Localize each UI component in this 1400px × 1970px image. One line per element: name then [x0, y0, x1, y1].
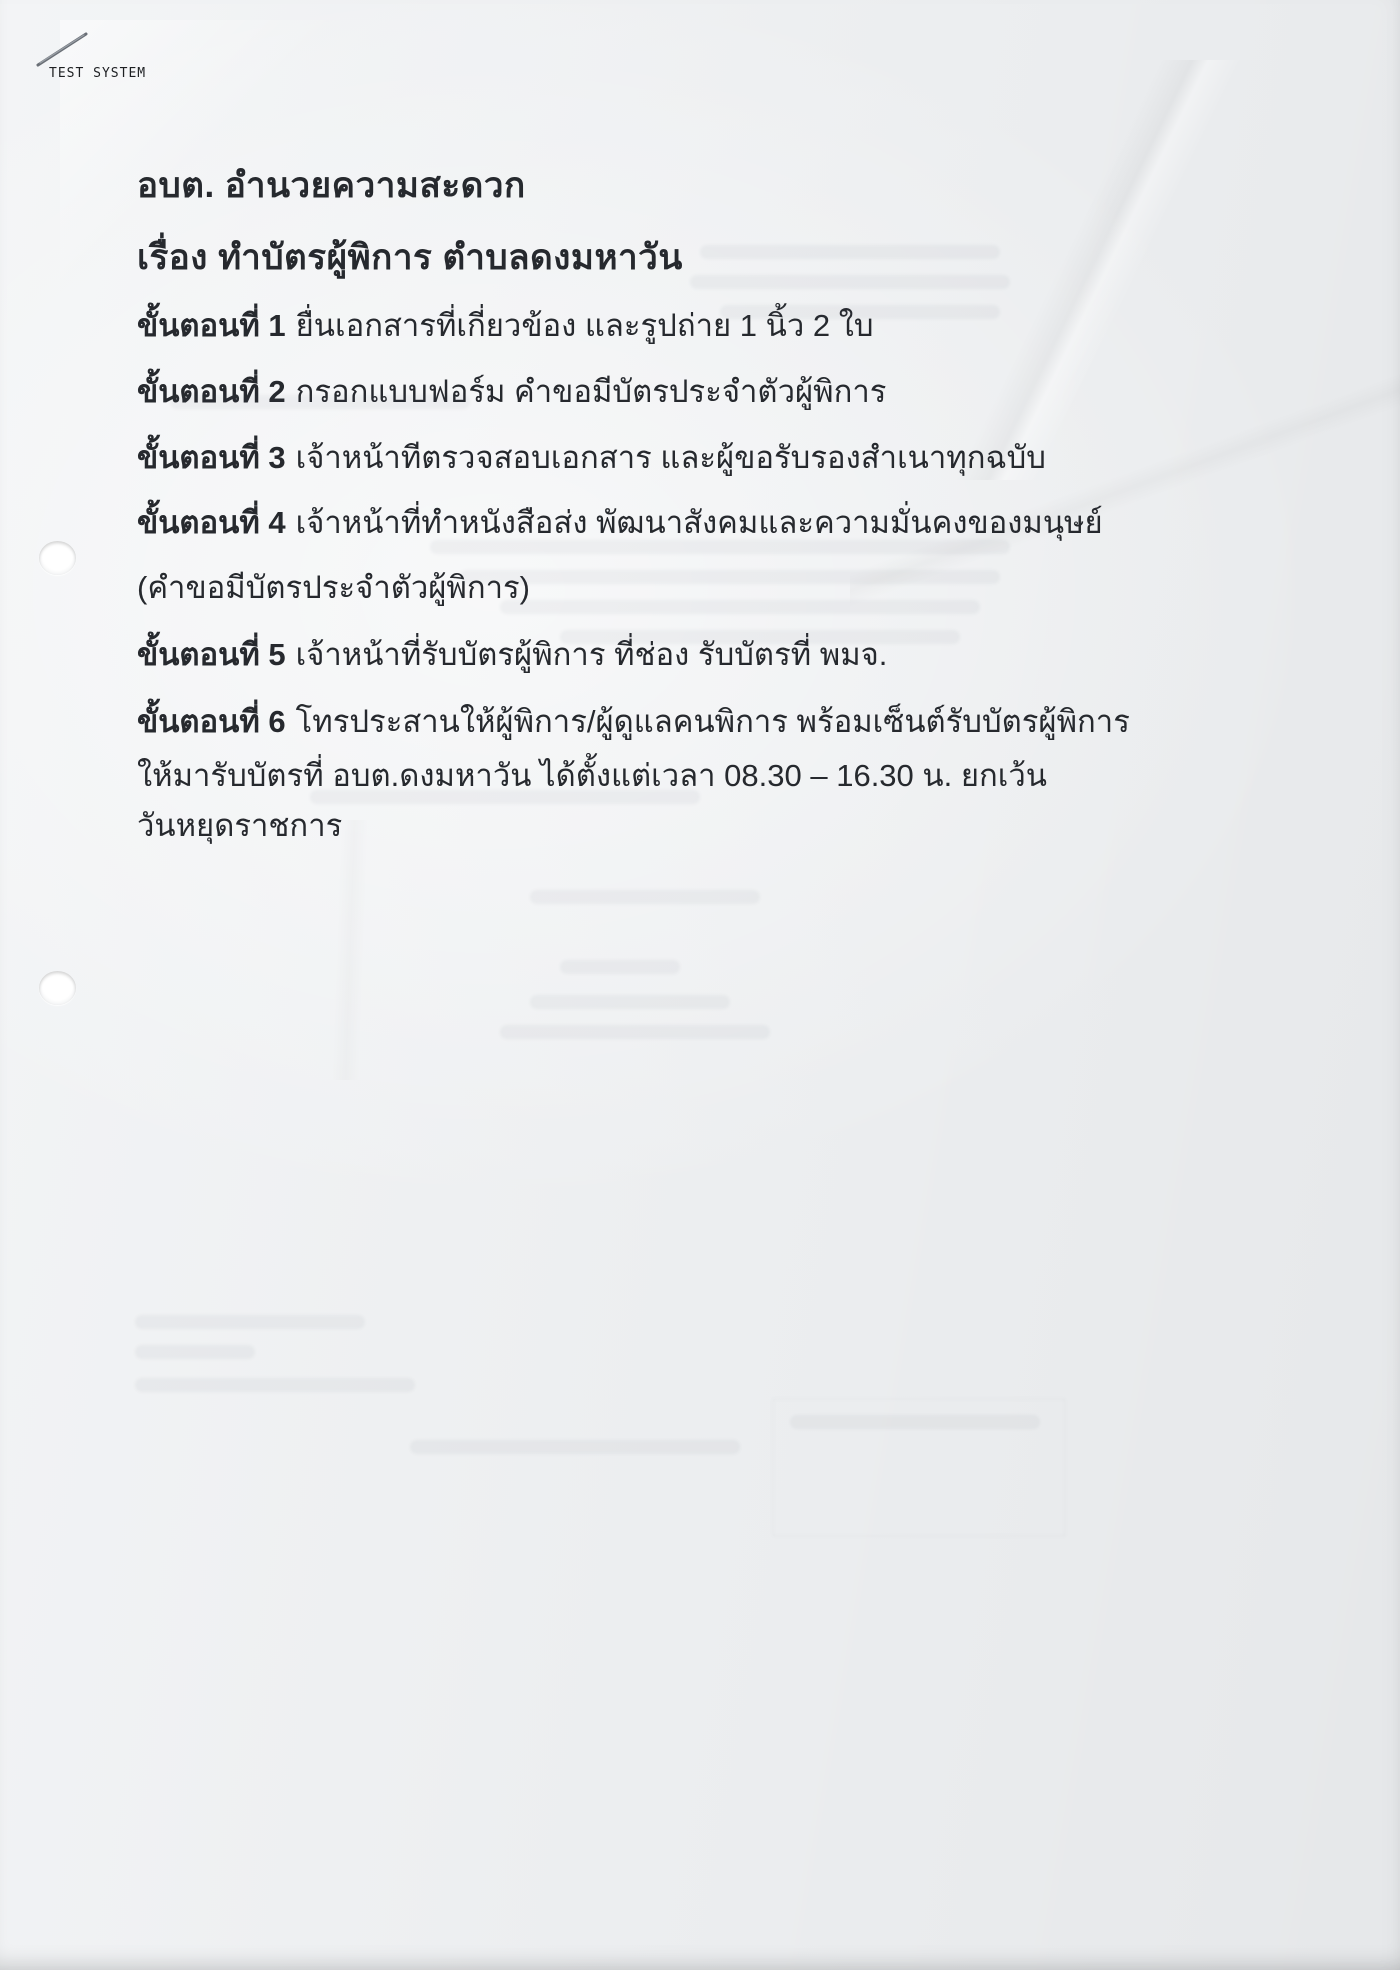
step-5: ขั้นตอนที่ 5เจ้าหน้าที่รับบัตรผู้พิการ ท… [137, 629, 887, 679]
scanned-document-page: TEST SYSTEM อบต. อำนวยความสะดวก เรื่อง ท… [0, 0, 1400, 1970]
step-6-continuation: ให้มารับบัตรที่ อบต.ดงมหาวัน ได้ตั้งแต่เ… [137, 750, 1047, 800]
step-6-text2: ให้มารับบัตรที่ อบต.ดงมหาวัน ได้ตั้งแต่เ… [137, 758, 1047, 793]
step-4-label: ขั้นตอนที่ 4 [137, 505, 286, 540]
step-5-label: ขั้นตอนที่ 5 [137, 637, 286, 672]
step-4-continuation: (คำขอมีบัตรประจำตัวผู้พิการ) [137, 562, 530, 612]
paper-crease [0, 820, 700, 1080]
step-3-label: ขั้นตอนที่ 3 [137, 440, 286, 475]
step-6-label: ขั้นตอนที่ 6 [137, 704, 286, 739]
highlighted-subject: เรื่อง ทำบัตรผู้พิการ ตำบลดงมหาวัน [129, 230, 689, 287]
step-2-text: กรอกแบบฟอร์ม คำขอมีบัตรประจำตัวผู้พิการ [296, 374, 887, 409]
step-3: ขั้นตอนที่ 3เจ้าหน้าทีตรวจสอบเอกสาร และผ… [137, 432, 1046, 482]
document-subject: เรื่อง ทำบัตรผู้พิการ ตำบลดงมหาวัน [137, 230, 689, 287]
step-6-text3: วันหยุดราชการ [137, 808, 342, 843]
step-6-text: โทรประสานให้ผู้พิการ/ผู้ดูแลคนพิการ พร้อ… [296, 704, 1130, 739]
step-5-text: เจ้าหน้าที่รับบัตรผู้พิการ ที่ช่อง รับบั… [296, 637, 888, 672]
highlighted-title: อบต. อำนวยความสะดวก [129, 158, 532, 215]
step-4-text2: (คำขอมีบัตรประจำตัวผู้พิการ) [137, 570, 530, 605]
step-4-text: เจ้าหน้าที่ทำหนังสือส่ง พัฒนาสังคมและควา… [296, 505, 1103, 540]
step-1: ขั้นตอนที่ 1ยื่นเอกสารที่เกี่ยวข้อง และร… [137, 300, 874, 350]
step-1-text: ยื่นเอกสารที่เกี่ยวข้อง และรูปถ่าย 1 นิ้… [296, 308, 874, 343]
paper-crease [780, 60, 1400, 480]
punch-hole-bottom [39, 971, 76, 1005]
document-title: อบต. อำนวยความสะดวก [137, 158, 532, 215]
step-1-label: ขั้นตอนที่ 1 [137, 308, 286, 343]
step-6-continuation-2: วันหยุดราชการ [137, 800, 342, 850]
step-2: ขั้นตอนที่ 2กรอกแบบฟอร์ม คำขอมีบัตรประจำ… [137, 366, 886, 416]
pen-scribble-mark [34, 28, 92, 70]
test-system-watermark: TEST SYSTEM [49, 66, 146, 81]
punch-hole-top [39, 541, 76, 575]
paper-crease [850, 300, 1400, 680]
step-6: ขั้นตอนที่ 6โทรประสานให้ผู้พิการ/ผู้ดูแล… [137, 696, 1130, 746]
step-4: ขั้นตอนที่ 4เจ้าหน้าที่ทำหนังสือส่ง พัฒน… [137, 497, 1103, 547]
step-2-label: ขั้นตอนที่ 2 [137, 374, 286, 409]
step-3-text: เจ้าหน้าทีตรวจสอบเอกสาร และผู้ขอรับรองสำ… [296, 440, 1046, 475]
